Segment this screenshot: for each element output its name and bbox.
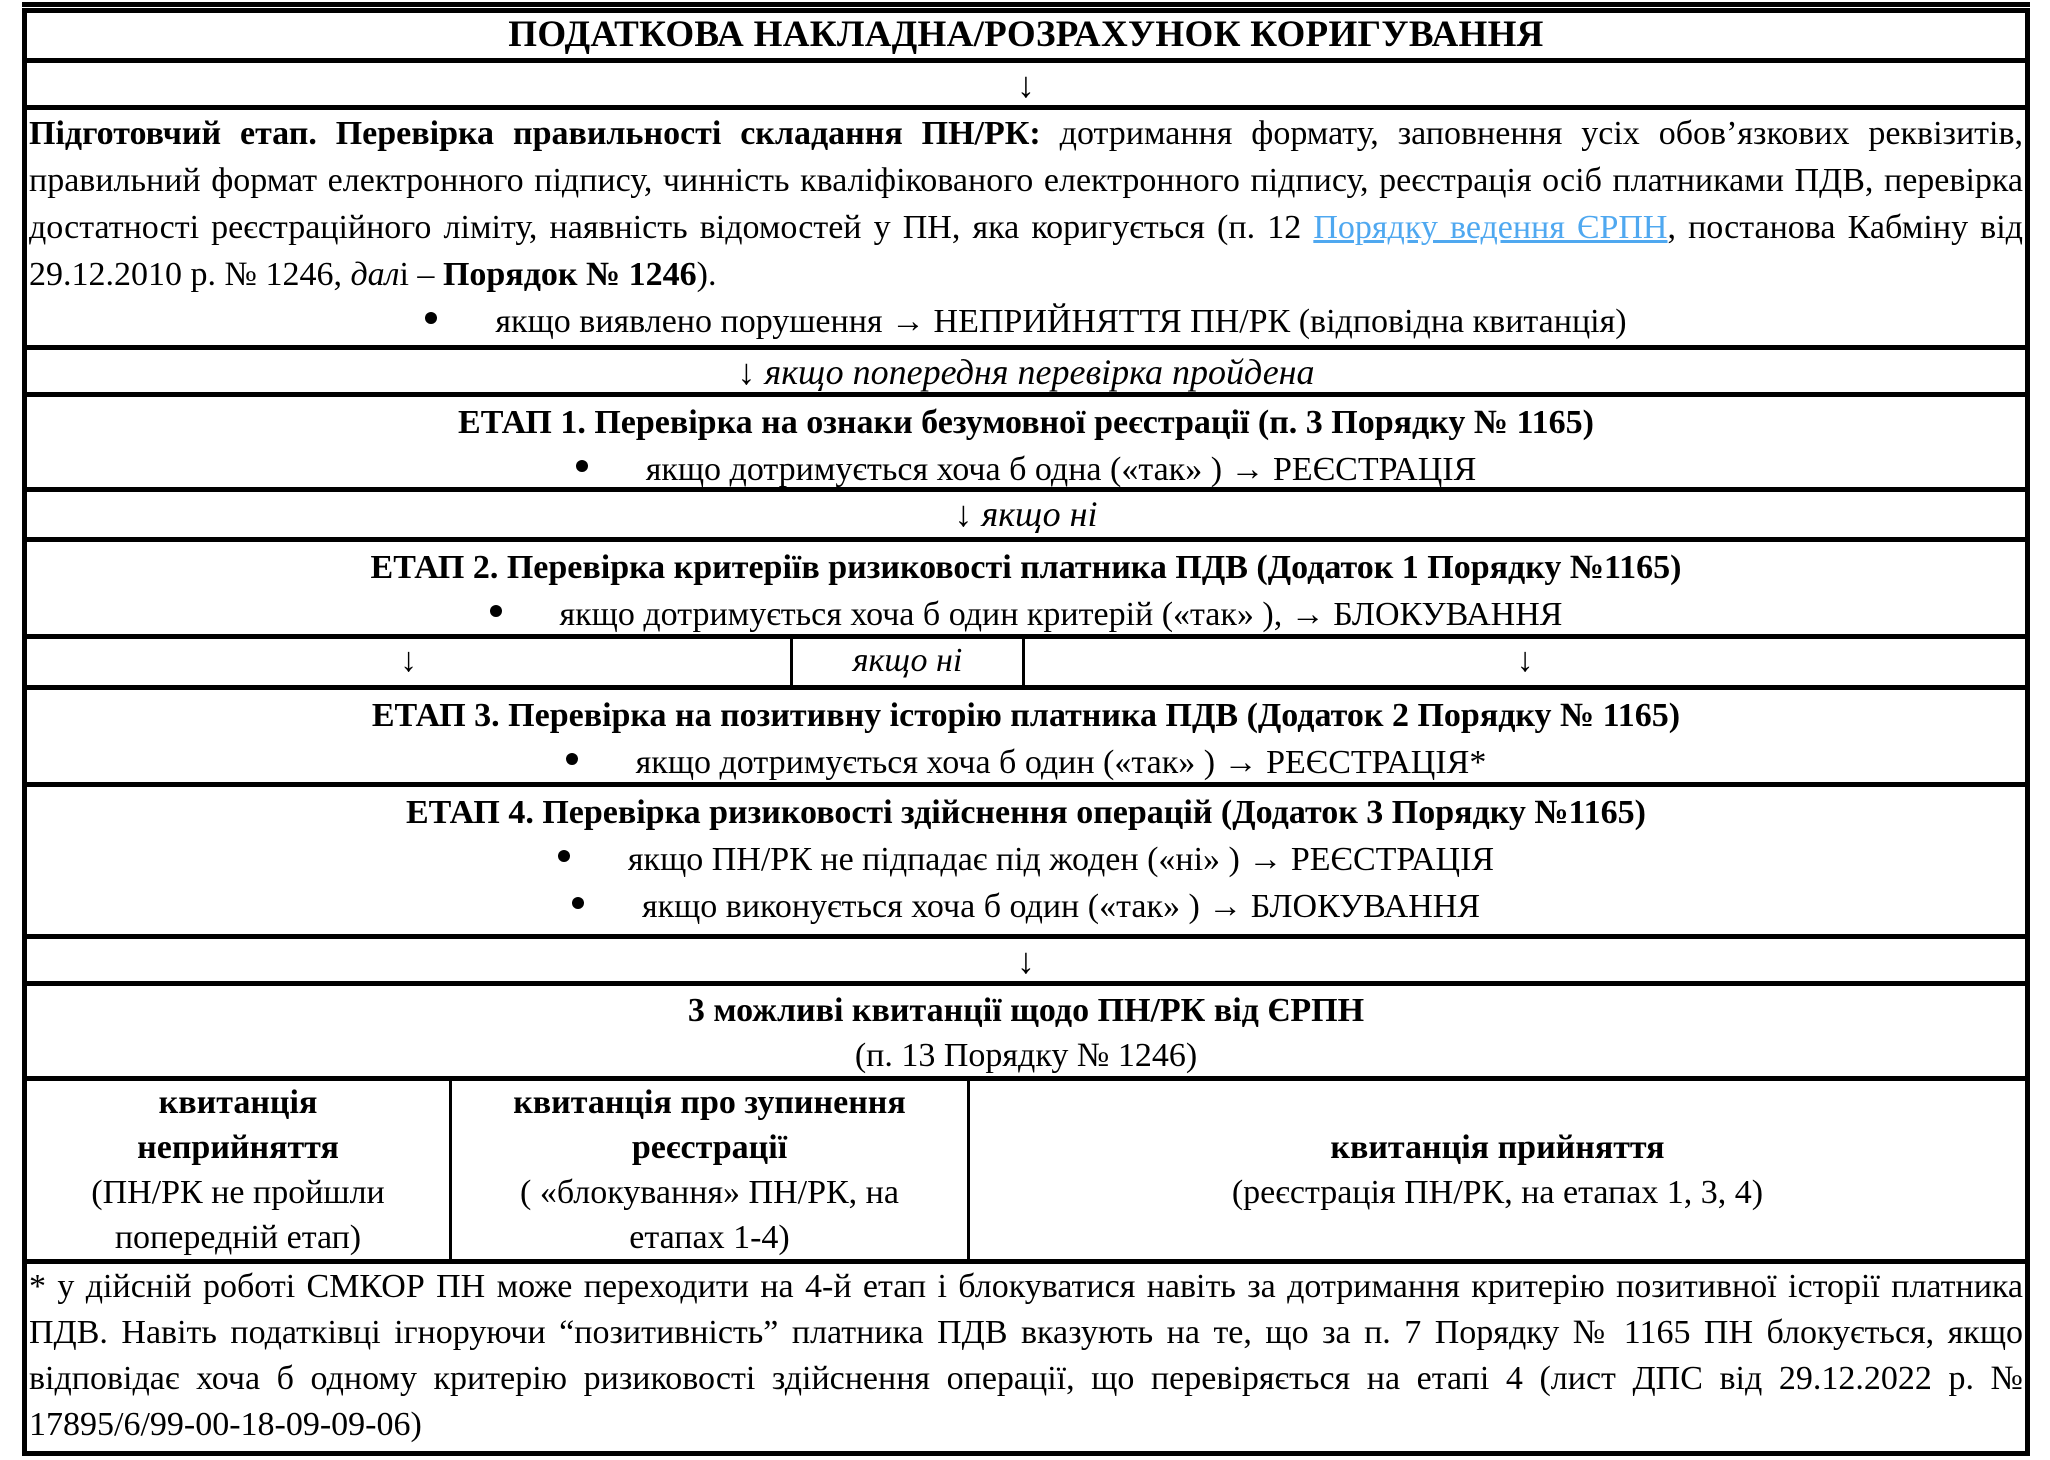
stage-1: ЕТАП 1. Перевірка на ознаки безумовної р…: [27, 392, 2025, 487]
preparatory-heading: Підготовчий етап. Перевірка правильності…: [29, 115, 1041, 152]
receipt-description: ( «блокування» ПН/РК, на: [452, 1170, 967, 1215]
list-item: якщо ПН/РК не підпадає під жоден («ні» )…: [27, 836, 2025, 883]
receipt-description: (реєстрація ПН/РК, на етапах 1, 3, 4): [970, 1170, 2025, 1215]
arrow-down-icon: ↓: [27, 934, 2025, 981]
receipt-acceptance: квитанція прийняття (реєстрація ПН/РК, н…: [970, 1081, 2025, 1259]
list-item: якщо дотримується хоча б одна («так» ) →…: [27, 446, 2025, 493]
stage-3: ЕТАП 3. Перевірка на позитивну історію п…: [27, 685, 2025, 782]
receipts-subheading: (п. 13 Порядку № 1246): [27, 1033, 2025, 1078]
transition-no-label: якщо ні: [793, 639, 1025, 685]
transition-no: ↓ якщо ні: [27, 487, 2025, 537]
preparatory-description: Підготовчий етап. Перевірка правильності…: [29, 110, 2023, 298]
receipt-description: (ПН/РК не пройшли: [27, 1170, 449, 1215]
receipt-rejection: квитанція неприйняття (ПН/РК не пройшли …: [27, 1081, 452, 1259]
erpn-order-link[interactable]: Порядку ведення ЄРПН: [1313, 209, 1667, 246]
bullet-icon: [572, 897, 584, 909]
stage-4: ЕТАП 4. Перевірка ризиковості здійснення…: [27, 782, 2025, 934]
stage-title: ЕТАП 3. Перевірка на позитивну історію п…: [27, 692, 2025, 739]
preparatory-text: ).: [697, 256, 717, 293]
arrow-down-icon: ↓: [1025, 639, 2025, 685]
preparatory-italic: дал: [350, 256, 399, 293]
transition-passed: ↓ якщо попередня перевірка пройдена: [27, 345, 2025, 392]
bullet-icon: [566, 753, 578, 765]
bullet-text: якщо виконується хоча б один («так» ) → …: [642, 883, 1480, 930]
receipts-heading: 3 можливі квитанції щодо ПН/РК від ЄРПН: [27, 988, 2025, 1033]
bullet-icon: [558, 850, 570, 862]
list-item: якщо дотримується хоча б один критерій (…: [27, 591, 2025, 638]
arrow-down-icon: ↓: [27, 639, 793, 685]
bullet-text: якщо дотримується хоча б один критерій (…: [560, 591, 1563, 638]
receipt-title: квитанція про зупинення: [452, 1080, 967, 1125]
list-item: якщо виявлено порушення → НЕПРИЙНЯТТЯ ПН…: [29, 298, 2023, 345]
receipts-header: 3 можливі квитанції щодо ПН/РК від ЄРПН …: [27, 981, 2025, 1076]
stage-2: ЕТАП 2. Перевірка критеріїв ризиковості …: [27, 537, 2025, 634]
bullet-icon: [425, 312, 437, 324]
bullet-text: якщо дотримується хоча б одна («так» ) →…: [646, 446, 1477, 493]
footnote: * у дійсній роботі СМКОР ПН може переход…: [27, 1259, 2025, 1451]
receipt-suspension: квитанція про зупинення реєстрації ( «бл…: [452, 1081, 970, 1259]
order-1246-ref: Порядок № 1246: [443, 256, 697, 293]
preparatory-stage: Підготовчий етап. Перевірка правильності…: [27, 105, 2025, 345]
list-item: якщо дотримується хоча б один («так» ) →…: [27, 739, 2025, 786]
receipts-columns: квитанція неприйняття (ПН/РК не пройшли …: [27, 1076, 2025, 1259]
stage-title: ЕТАП 2. Перевірка критеріїв ризиковості …: [27, 544, 2025, 591]
bullet-text: якщо дотримується хоча б один («так» ) →…: [636, 739, 1487, 786]
bullet-text: якщо ПН/РК не підпадає під жоден («ні» )…: [628, 836, 1494, 883]
preparatory-text: і –: [399, 256, 442, 293]
split-transition-row: ↓ якщо ні ↓: [27, 634, 2025, 685]
bullet-text: якщо виявлено порушення → НЕПРИЙНЯТТЯ ПН…: [495, 298, 1626, 345]
receipt-description: етапах 1-4): [452, 1215, 967, 1260]
receipt-title: неприйняття: [27, 1125, 449, 1170]
receipt-title: реєстрації: [452, 1125, 967, 1170]
receipt-title: квитанція: [27, 1080, 449, 1125]
list-item: якщо виконується хоча б один («так» ) → …: [27, 883, 2025, 930]
receipt-title: квитанція прийняття: [970, 1125, 2025, 1170]
arrow-down-icon: ↓: [27, 58, 2025, 105]
flowchart-table: ПОДАТКОВА НАКЛАДНА/РОЗРАХУНОК КОРИГУВАНН…: [22, 8, 2030, 1456]
document-title: ПОДАТКОВА НАКЛАДНА/РОЗРАХУНОК КОРИГУВАНН…: [27, 8, 2025, 58]
stage-title: ЕТАП 1. Перевірка на ознаки безумовної р…: [27, 399, 2025, 446]
table-top-border: [22, 2, 2030, 7]
bullet-icon: [490, 605, 502, 617]
bullet-icon: [576, 460, 588, 472]
stage-title: ЕТАП 4. Перевірка ризиковості здійснення…: [27, 789, 2025, 836]
receipt-description: попередній етап): [27, 1215, 449, 1260]
